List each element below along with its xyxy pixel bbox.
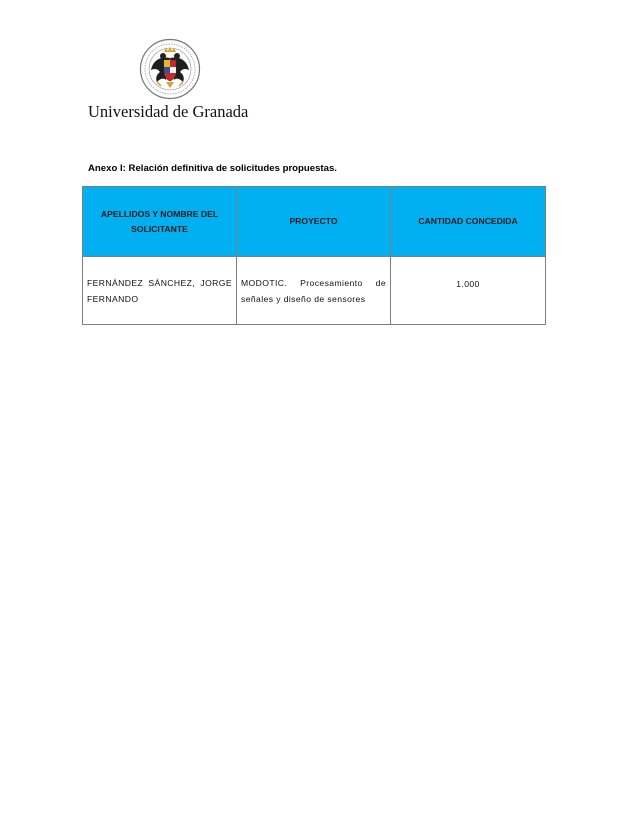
column-header-cantidad: CANTIDAD CONCEDIDA [391, 187, 546, 257]
cell-solicitante: FERNÁNDEZ SÁNCHEZ, JORGE FERNANDO [83, 257, 237, 325]
cantidad-value: 1.000 [456, 279, 480, 289]
table-row: FERNÁNDEZ SÁNCHEZ, JORGE FERNANDO MODOTI… [83, 257, 546, 325]
institution-name: Universidad de Granada [88, 102, 248, 122]
grants-table: APELLIDOS Y NOMBRE DEL SOLICITANTE PROYE… [82, 186, 546, 325]
column-header-solicitante: APELLIDOS Y NOMBRE DEL SOLICITANTE [83, 187, 237, 257]
table-header-row: APELLIDOS Y NOMBRE DEL SOLICITANTE PROYE… [83, 187, 546, 257]
cell-cantidad: 1.000 [391, 257, 546, 325]
annex-title: Anexo I: Relación definitiva de solicitu… [88, 163, 337, 174]
column-header-proyecto: PROYECTO [237, 187, 391, 257]
cell-proyecto: MODOTIC. Procesamiento de señales y dise… [237, 257, 391, 325]
university-seal-icon [139, 38, 201, 100]
